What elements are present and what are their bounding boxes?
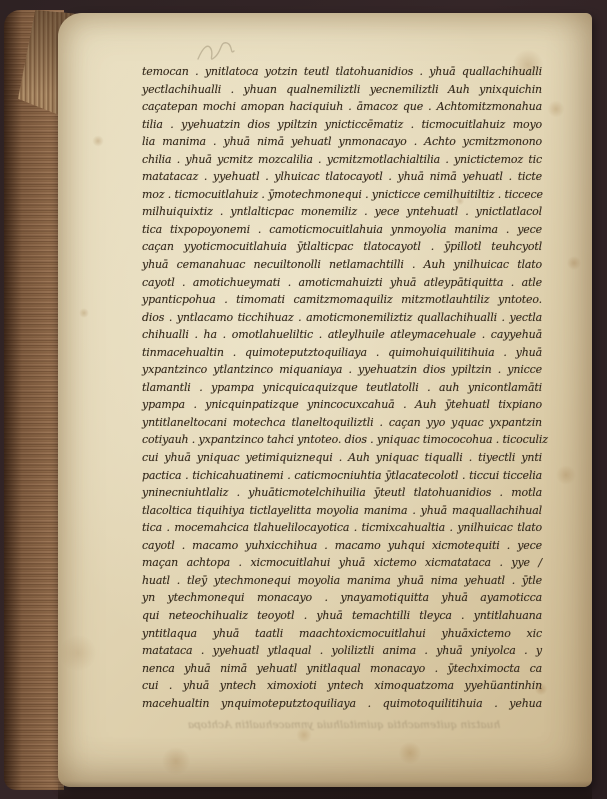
text-line: nenca yhuā nimā yehuatl ynitlaqual monac… (142, 660, 542, 678)
text-line: cui . yhuā yntech ximoxioti yntech ximoq… (142, 677, 542, 695)
text-line: cayotl . macamo yuhxicchihua . macamo yu… (142, 537, 542, 555)
text-line: huatl . tleȳ ytechmonequi moyolia manima… (142, 572, 542, 590)
text-line: tilia . yyehuatzin dios ypiltzin ynictic… (142, 116, 542, 134)
text-line: macehualtin ynquimoteputztoquiliaya . qu… (142, 695, 542, 713)
text-line: moz . ticmocuitlahuiz . ȳmotechmonequi .… (142, 186, 542, 204)
text-line: tica tixpopoyonemi . camoticmocuitlahuia… (142, 221, 542, 239)
text-line: milhuiquixtiz . yntlalticpac monemiliz .… (142, 203, 542, 221)
text-line: yntitlaqua yhuā taatli maachtoxicmocuitl… (142, 625, 542, 643)
text-line: tlamantli . ypampa ynicquicaquizque teut… (142, 379, 542, 397)
manuscript-text-block: temocan . ynitlatoca yotzin teutl tlatoh… (142, 63, 542, 712)
photo-of-manuscript-book: temocan . ynitlatoca yotzin teutl tlatoh… (0, 0, 607, 799)
text-line: ypampa . ynicquinpatizque ynincocuxcahuā… (142, 396, 542, 414)
text-line: matataca . yyehuatl ytlaqual . yoliliztl… (142, 642, 542, 660)
text-line: tlacoltica tiquihiya tictlayelitta moyol… (142, 502, 542, 520)
text-line: temocan . ynitlatoca yotzin teutl tlatoh… (142, 63, 542, 81)
text-line: caçatepan mochi amopan haciquiuh . āmaco… (142, 98, 542, 116)
text-line: yxpantzinco ytlantzinco miquaniaya . yye… (142, 361, 542, 379)
text-line: pactica . tichicahuatinemi . caticmocniu… (142, 467, 542, 485)
ink-bleedthrough-line: huatzin quitemachtia quimitalhuia ynmace… (150, 719, 538, 731)
text-line: cui yhuā yniquac yetimiquiznequi . Auh y… (142, 449, 542, 467)
text-line: lia manima . yhuā nimā yehuatl ynmonacay… (142, 133, 542, 151)
text-line: yntitlaneltocani motechca tlaneltoquiliz… (142, 414, 542, 432)
text-line: yhuā cemanahuac necuiltonolli netlamacht… (142, 256, 542, 274)
text-line: cayotl . amotichueymati . amoticmahuizti… (142, 274, 542, 292)
text-line: ypanticpohua . timomati camitzmomaquiliz… (142, 291, 542, 309)
text-line: qui neteochihualiz teoyotl . yhuā temach… (142, 607, 542, 625)
text-line: yninecniuhtlaliz . yhuāticmotelchihuilia… (142, 484, 542, 502)
text-line: chihualli . ha . omotlahueliltic . atley… (142, 326, 542, 344)
text-line: tica . mocemahcica tlahuelilocayotica . … (142, 519, 542, 537)
text-line: matatacaz . yyehuatl . ylhuicac tlatocay… (142, 168, 542, 186)
text-line: yectlachihualli . yhuan qualnemiliztli y… (142, 81, 542, 99)
text-line: chilia . yhuā ycmitz mozcalilia . ycmitz… (142, 151, 542, 169)
text-line: dios . yntlacamo ticchihuaz . amoticmone… (142, 309, 542, 327)
text-line: tinmacehualtin . quimoteputztoquiliaya .… (142, 344, 542, 362)
text-line: yn ytechmonequi monacayo . ynayamotiquit… (142, 589, 542, 607)
text-line: cotiyauh . yxpantzinco tahci yntoteo. di… (142, 431, 542, 449)
text-line: maçan achtopa . xicmocuitlahui yhuā xict… (142, 554, 542, 572)
text-line: caçan yyoticmocuitlahuia ȳtlalticpac tla… (142, 238, 542, 256)
book-leaf-edges-left (4, 10, 64, 790)
